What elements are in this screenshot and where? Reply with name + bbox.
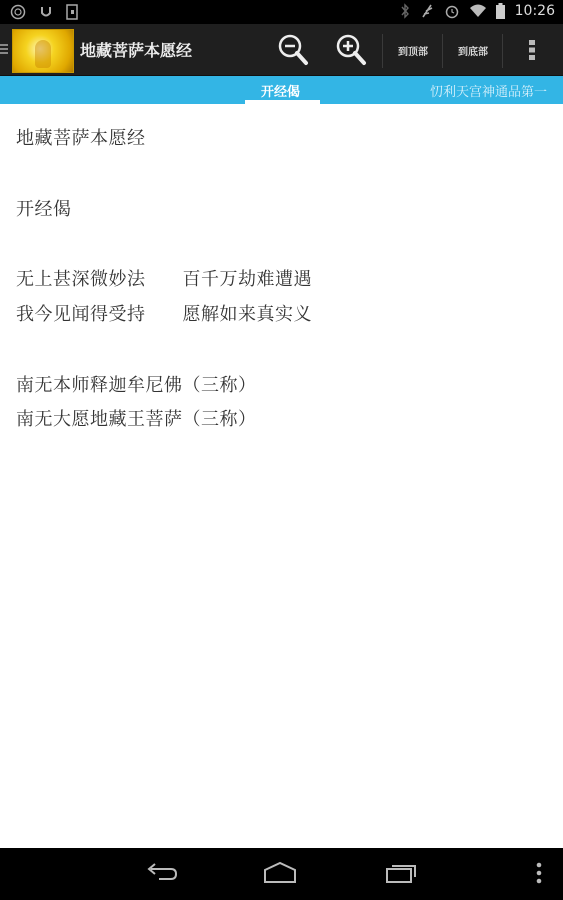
status-bar: 10:26 (0, 0, 563, 24)
drawer-indicator-icon[interactable] (0, 44, 8, 54)
sd-card-icon (66, 4, 78, 20)
overflow-menu-button[interactable] (512, 24, 552, 76)
zoom-out-icon (277, 33, 309, 67)
more-vert-icon (528, 39, 536, 61)
system-nav-bar (0, 848, 563, 900)
home-button[interactable] (262, 860, 298, 890)
divider (442, 34, 443, 68)
to-top-label: 到顶部 (398, 43, 428, 58)
sutra-content: 地藏菩萨本愿经 开经偈 无上甚深微妙法 百千万劫难遭遇 我今见闻得受持 愿解如来… (0, 104, 563, 848)
tab-chapter-1[interactable]: 忉利天宫神通品第一 (430, 81, 547, 100)
section-heading: 开经偈 (16, 195, 72, 221)
to-bottom-label: 到底部 (458, 43, 488, 58)
verse-line: 我今见闻得受持 愿解如来真实义 (16, 300, 312, 326)
to-bottom-button[interactable]: 到底部 (444, 24, 502, 76)
tab-kaijingji[interactable]: 开经偈 (261, 81, 300, 100)
recents-icon (384, 860, 418, 886)
zoom-in-icon (335, 33, 367, 67)
to-top-button[interactable]: 到顶部 (384, 24, 442, 76)
back-button[interactable] (145, 860, 179, 890)
shield-icon (40, 5, 52, 19)
invocation-line: 南无本师释迦牟尼佛（三称） (16, 371, 257, 397)
clock: 10:26 (515, 3, 555, 19)
alarm-icon (444, 3, 460, 19)
zoom-in-button[interactable] (330, 24, 372, 76)
recents-button[interactable] (384, 860, 418, 890)
usb-debug-icon (10, 4, 26, 20)
chapter-tab-bar: 开经偈 忉利天宫神通品第一 (0, 76, 563, 104)
divider (382, 34, 383, 68)
wifi-icon (470, 4, 486, 18)
back-icon (145, 860, 179, 886)
zoom-out-button[interactable] (272, 24, 314, 76)
app-title: 地藏菩萨本愿经 (80, 38, 192, 61)
battery-icon (496, 3, 505, 19)
more-vert-icon (535, 860, 543, 886)
action-bar: 地藏菩萨本愿经 到顶部 到底部 (0, 24, 563, 76)
bluetooth-icon (400, 3, 410, 19)
verse-line: 无上甚深微妙法 百千万劫难遭遇 (16, 265, 312, 291)
airplane-mute-icon (420, 3, 434, 19)
sutra-title: 地藏菩萨本愿经 (16, 124, 146, 150)
app-logo[interactable] (12, 29, 74, 73)
invocation-line: 南无大愿地藏王菩萨（三称） (16, 405, 257, 431)
menu-button[interactable] (535, 860, 543, 890)
divider (502, 34, 503, 68)
home-icon (262, 860, 298, 886)
